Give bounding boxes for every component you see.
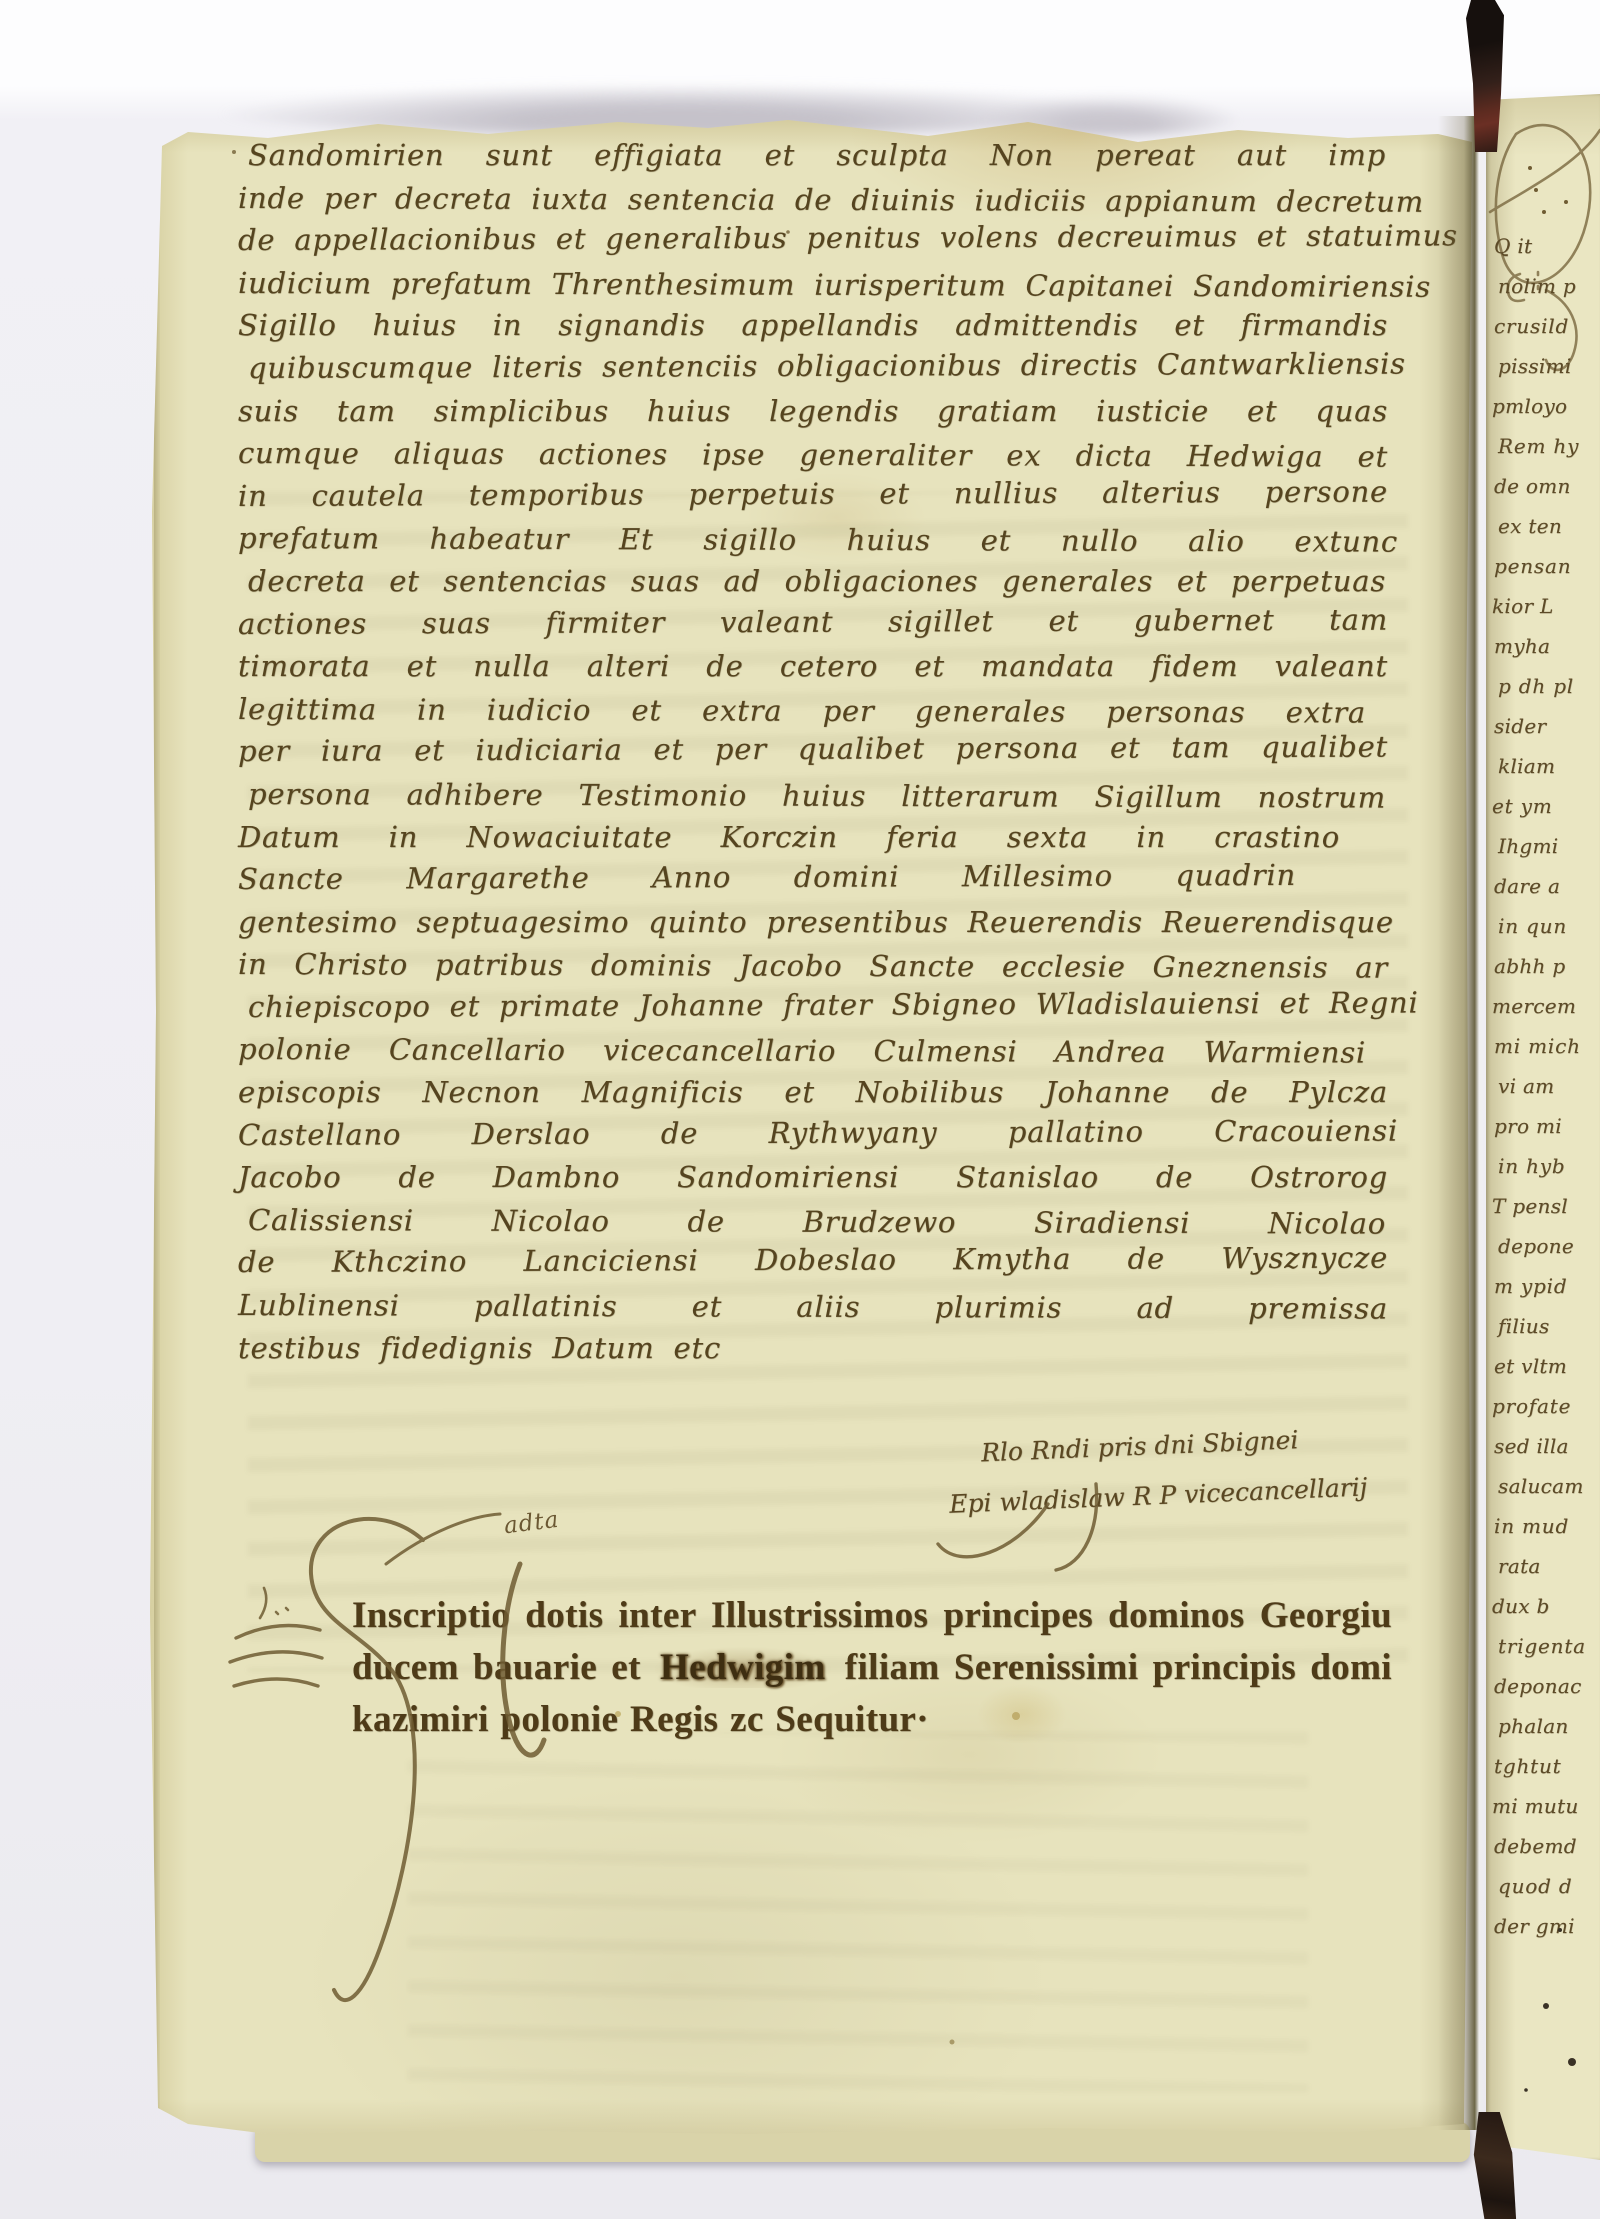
verso-show-through-lower bbox=[408, 1732, 1308, 2092]
adjacent-page-line: dare a bbox=[1494, 866, 1600, 906]
rubric-block: Inscriptio dotis inter Illustrissimos pr… bbox=[352, 1590, 1398, 1746]
manuscript-line: per iura et iudiciaria et per qualibet p… bbox=[238, 726, 1388, 773]
manuscript-line: prefatum habeatur Et sigillo huius et nu… bbox=[238, 517, 1398, 563]
adjacent-page-line: deponac bbox=[1494, 1666, 1600, 1706]
manuscript-page: Sandomirien sunt effigiata et sculpta No… bbox=[148, 112, 1472, 2140]
subscription-block: Rlo Rndi pris dni Sbignei Epi wladislaw … bbox=[946, 1410, 1420, 1530]
adjacent-page-line: sider bbox=[1494, 706, 1600, 746]
adjacent-page-line: in mud bbox=[1494, 1506, 1600, 1546]
adjacent-page: Q itnolim pcrusildpissimipmloyoRem hyde … bbox=[1486, 94, 1600, 2160]
adjacent-page-line: de omn bbox=[1494, 466, 1600, 506]
adjacent-page-line: m ypid bbox=[1494, 1266, 1600, 1306]
adjacent-page-line: Ihgmi bbox=[1498, 826, 1600, 866]
adjacent-page-text: Q itnolim pcrusildpissimipmloyoRem hyde … bbox=[1494, 226, 1600, 1946]
manuscript-line: episcopis Necnon Magnificis et Nobilibus… bbox=[238, 1071, 1388, 1114]
manuscript-line: Lublinensi pallatinis et aliis plurimis … bbox=[238, 1284, 1388, 1330]
scan-background: Sandomirien sunt effigiata et sculpta No… bbox=[0, 0, 1600, 2219]
manuscript-line: chiepiscopo et primate Johanne frater Sb… bbox=[248, 982, 1386, 1029]
adjacent-page-line: kior L bbox=[1492, 586, 1600, 626]
adjacent-page-line: in qun bbox=[1498, 906, 1600, 946]
adjacent-page-line: trigenta bbox=[1498, 1626, 1600, 1666]
adjacent-page-line: mi mich bbox=[1494, 1026, 1600, 1066]
manuscript-line: Castellano Derslao de Rythwyany pallatin… bbox=[238, 1109, 1398, 1156]
body-text-block: Sandomirien sunt effigiata et sculpta No… bbox=[238, 134, 1408, 1369]
manuscript-line: Jacobo de Dambno Sandomiriensi Stanislao… bbox=[238, 1156, 1388, 1199]
adjacent-page-line: quod d bbox=[1498, 1866, 1600, 1906]
adjacent-page-line: p dh pl bbox=[1498, 666, 1600, 706]
adjacent-page-line: T pensl bbox=[1492, 1186, 1600, 1226]
adjacent-page-line: dux b bbox=[1492, 1586, 1600, 1626]
adjacent-page-line: phalan bbox=[1498, 1706, 1600, 1746]
manuscript-line: actiones suas firmiter valeant sigillet … bbox=[238, 598, 1388, 645]
adjacent-page-line: in hyb bbox=[1498, 1146, 1600, 1186]
rubric-line-1: Inscriptio dotis inter Illustrissimos pr… bbox=[352, 1590, 1392, 1642]
adjacent-page-line: profate bbox=[1492, 1386, 1600, 1426]
manuscript-line: gentesimo septuagesimo quinto presentibu… bbox=[238, 901, 1388, 944]
manuscript-line: in cautela temporibus perpetuis et nulli… bbox=[238, 470, 1388, 517]
adjacent-page-line: salucam bbox=[1498, 1466, 1600, 1506]
adjacent-page-line: sed illa bbox=[1494, 1426, 1600, 1466]
manuscript-line: polonie Cancellario vicecancellario Culm… bbox=[238, 1028, 1366, 1074]
highlighted-name: Hedwigim bbox=[655, 1647, 831, 1688]
manuscript-line: quibuscumque literis sentenciis obligaci… bbox=[248, 343, 1386, 390]
manuscript-line: Datum in Nowaciuitate Korczin feria sext… bbox=[238, 816, 1340, 859]
adjacent-page-line: pissimi bbox=[1498, 346, 1600, 386]
rubric-line-3: kazimiri polonie Regis zc Sequitur· bbox=[352, 1694, 1398, 1746]
adjacent-page-line: et vltm bbox=[1494, 1346, 1600, 1386]
adjacent-page-line: pmloyo bbox=[1492, 386, 1600, 426]
manuscript-line: timorata et nulla alteri de cetero et ma… bbox=[238, 645, 1388, 688]
manuscript-line: de appellacionibus et generalibus penitu… bbox=[238, 215, 1398, 262]
rubric-line-2-after: filiam Serenissimi principis domi bbox=[831, 1647, 1392, 1688]
adjacent-page-line: der gmi bbox=[1494, 1906, 1600, 1946]
manuscript-line: de Kthczino Lanciciensi Dobeslao Kmytha … bbox=[238, 1237, 1388, 1284]
manuscript-line: Sandomirien sunt effigiata et sculpta No… bbox=[248, 134, 1386, 177]
adjacent-page-line: mercem bbox=[1492, 986, 1600, 1026]
adjacent-page-line: debemd bbox=[1494, 1826, 1600, 1866]
manuscript-line: persona adhibere Testimonio huius litter… bbox=[248, 773, 1386, 819]
rubric-line-2: ducem bauarie et Hedwigim filiam Serenis… bbox=[352, 1642, 1392, 1694]
gutter-shadow bbox=[1438, 116, 1492, 2130]
rubric-line-2-before: ducem bauarie et bbox=[352, 1647, 655, 1688]
adjacent-page-line: myha bbox=[1494, 626, 1600, 666]
manuscript-line: Sancte Margarethe Anno domini Millesimo … bbox=[238, 854, 1296, 901]
adjacent-page-line: Q it bbox=[1494, 226, 1600, 266]
adjacent-page-line: nolim p bbox=[1498, 266, 1600, 306]
adjacent-page-line: tghtut bbox=[1494, 1746, 1600, 1786]
manuscript-line: suis tam simplicibus huius legendis grat… bbox=[238, 390, 1388, 433]
adjacent-page-line: kliam bbox=[1498, 746, 1600, 786]
adjacent-page-line: ex ten bbox=[1498, 506, 1600, 546]
adjacent-page-line: pensan bbox=[1494, 546, 1600, 586]
adjacent-page-line: mi mutu bbox=[1492, 1786, 1600, 1826]
adjacent-page-line: depone bbox=[1498, 1226, 1600, 1266]
adjacent-page-line: vi am bbox=[1498, 1066, 1600, 1106]
adjacent-page-line: crusild bbox=[1494, 306, 1600, 346]
manuscript-line: testibus fidedignis Datum etc bbox=[238, 1327, 1408, 1370]
flourish-dots bbox=[1528, 166, 1568, 214]
manuscript-line: decreta et sentencias suas ad obligacion… bbox=[248, 560, 1386, 603]
adjacent-page-line: filius bbox=[1498, 1306, 1600, 1346]
adjacent-page-line: abhh p bbox=[1494, 946, 1600, 986]
manuscript-line: iudicium prefatum Threnthesimum iurisper… bbox=[238, 262, 1388, 308]
adjacent-page-line: pro mi bbox=[1494, 1106, 1600, 1146]
manuscript-line: Sigillo huius in signandis appellandis a… bbox=[238, 304, 1388, 347]
adjacent-page-line: et ym bbox=[1492, 786, 1600, 826]
adjacent-page-line: rata bbox=[1498, 1546, 1600, 1586]
adjacent-page-line: Rem hy bbox=[1498, 426, 1600, 466]
